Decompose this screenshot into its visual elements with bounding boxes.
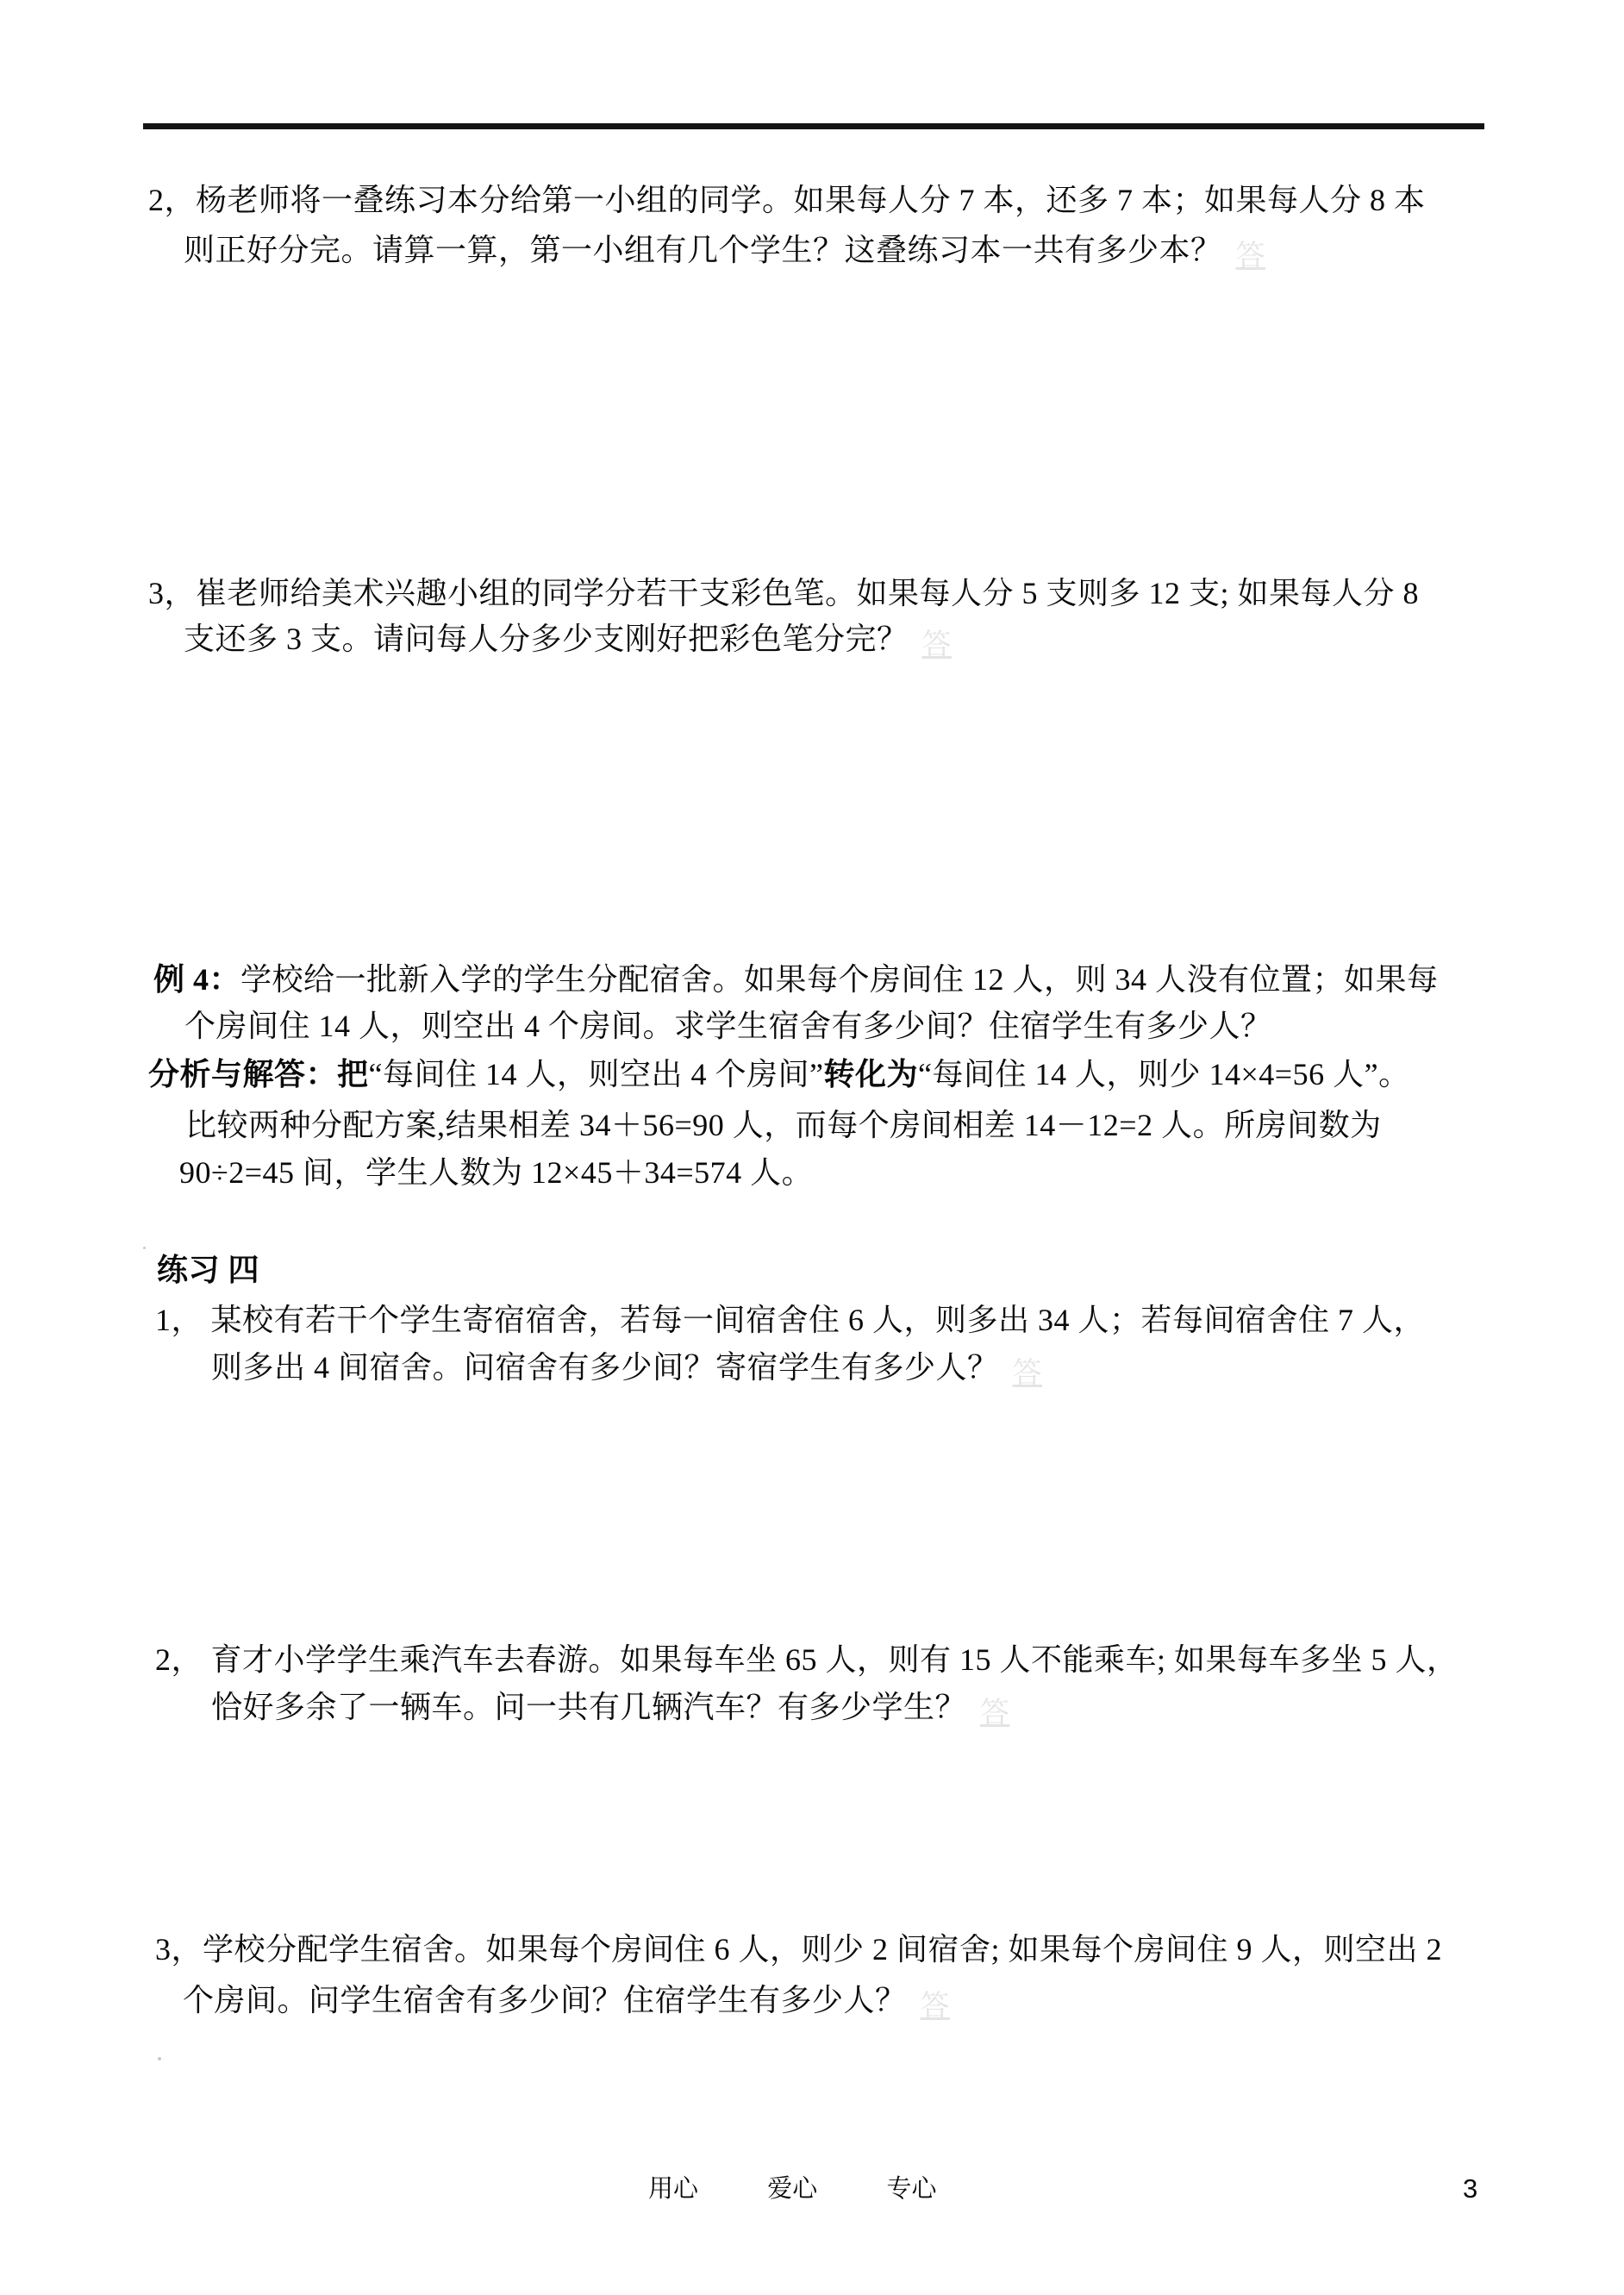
exercise-problem-1-line-2: 则多出 4 间宿舍。问宿舍有多少间？寄宿学生有多少人？答 [211, 1348, 1042, 1388]
bold-text-segment: 转化为 [823, 1057, 918, 1091]
problem-top-2-line-1: 2，杨老师将一叠练习本分给第一小组的同学。如果每人分 7 本，还多 7 本；如果… [148, 181, 1426, 219]
footer-word-3: 专心 [887, 2173, 937, 2204]
example-4-line-1: 例 4：学校给一批新入学的学生分配宿舍。如果每个房间住 12 人，则 34 人没… [153, 960, 1439, 998]
page-footer: 用心 爱心 专心 [648, 2173, 937, 2204]
text-segment: 个房间住 14 人，则空出 4 个房间。求学生宿舍有多少间？住宿学生有多少人？ [184, 1009, 1272, 1043]
answer-link[interactable]: 答 [1236, 241, 1266, 272]
text-segment: “每间住 14 人，则少 14×4=56 人”。 [918, 1057, 1410, 1091]
problem-top-3-line-1: 3，崔老师给美术兴趣小组的同学分若干支彩色笔。如果每人分 5 支则多 12 支;… [148, 574, 1419, 612]
text-segment: 3，崔老师给美术兴趣小组的同学分若干支彩色笔。如果每人分 5 支则多 12 支;… [148, 576, 1419, 610]
example-4-analysis-line-3: 90÷2=45 间，学生人数为 12×45＋34=574 人。 [179, 1154, 813, 1191]
page-number: 3 [1463, 2173, 1477, 2204]
text-segment: 支还多 3 支。请问每人分多少支刚好把彩色笔分完？ [184, 622, 909, 656]
scan-artifact-dot [143, 1247, 146, 1249]
text-segment: 则正好分完。请算一算，第一小组有几个学生？这叠练习本一共有多少本？ [184, 233, 1222, 267]
answer-link[interactable]: 答 [1013, 1358, 1043, 1390]
footer-word-2: 爱心 [767, 2173, 817, 2204]
exercise-problem-3-line-2: 个房间。问学生宿舍有多少间？住宿学生有多少人？答 [183, 1981, 950, 2021]
text-segment: 90÷2=45 间，学生人数为 12×45＋34=574 人。 [179, 1155, 813, 1190]
exercise-problem-3-line-1: 3，学校分配学生宿舍。如果每个房间住 6 人，则少 2 间宿舍; 如果每个房间住… [155, 1930, 1442, 1968]
answer-link[interactable]: 答 [922, 629, 953, 661]
text-segment: 学校给一批新入学的学生分配宿舍。如果每个房间住 12 人，则 34 人没有位置；… [240, 962, 1439, 997]
text-segment: 则多出 4 间宿舍。问宿舍有多少间？寄宿学生有多少人？ [211, 1350, 999, 1385]
answer-link[interactable]: 答 [980, 1698, 1010, 1729]
problem-top-2-line-2: 则正好分完。请算一算，第一小组有几个学生？这叠练习本一共有多少本？答 [184, 231, 1265, 271]
text-segment: 恰好多余了一辆车。问一共有几辆汽车？有多少学生？ [211, 1690, 966, 1724]
exercise-problem-2-line-2: 恰好多余了一辆车。问一共有几辆汽车？有多少学生？答 [211, 1688, 1010, 1728]
header-rule [143, 123, 1484, 129]
text-segment: 3，学校分配学生宿舍。如果每个房间住 6 人，则少 2 间宿舍; 如果每个房间住… [155, 1932, 1442, 1967]
example-4-analysis-line-1: 分析与解答：把“每间住 14 人，则空出 4 个房间”转化为“每间住 14 人，… [148, 1055, 1410, 1093]
text-segment: 2，杨老师将一叠练习本分给第一小组的同学。如果每人分 7 本，还多 7 本；如果… [148, 183, 1426, 217]
text-segment: 1， 某校有若干个学生寄宿宿舍，若每一间宿舍住 6 人，则多出 34 人；若每间… [155, 1303, 1425, 1337]
text-segment: “每间住 14 人，则空出 4 个房间” [369, 1057, 824, 1091]
bold-text-segment: 练习 四 [157, 1253, 259, 1287]
bold-text-segment: 分析与解答：把 [148, 1057, 369, 1091]
example-4-line-2: 个房间住 14 人，则空出 4 个房间。求学生宿舍有多少间？住宿学生有多少人？ [184, 1007, 1272, 1045]
text-segment: 比较两种分配方案,结果相差 34＋56=90 人，而每个房间相差 14－12=2… [185, 1108, 1382, 1142]
answer-link[interactable]: 答 [921, 1991, 951, 2023]
text-segment: 2， 育才小学学生乘汽车去春游。如果每车坐 65 人，则有 15 人不能乘车; … [155, 1642, 1458, 1677]
problem-top-3-line-2: 支还多 3 支。请问每人分多少支刚好把彩色笔分完？答 [184, 620, 952, 660]
exercise-problem-1-line-1: 1， 某校有若干个学生寄宿宿舍，若每一间宿舍住 6 人，则多出 34 人；若每间… [155, 1301, 1425, 1339]
footer-word-1: 用心 [648, 2173, 698, 2204]
example-4-analysis-line-2: 比较两种分配方案,结果相差 34＋56=90 人，而每个房间相差 14－12=2… [185, 1106, 1382, 1144]
exercise-4-heading: 练习 四 [157, 1251, 259, 1289]
scan-artifact-dot [158, 2057, 161, 2060]
document-page: 2，杨老师将一叠练习本分给第一小组的同学。如果每人分 7 本，还多 7 本；如果… [0, 0, 1624, 2295]
text-segment: 个房间。问学生宿舍有多少间？住宿学生有多少人？ [183, 1983, 907, 2017]
exercise-problem-2-line-1: 2， 育才小学学生乘汽车去春游。如果每车坐 65 人，则有 15 人不能乘车; … [155, 1641, 1458, 1679]
bold-text-segment: 例 4： [153, 962, 240, 997]
